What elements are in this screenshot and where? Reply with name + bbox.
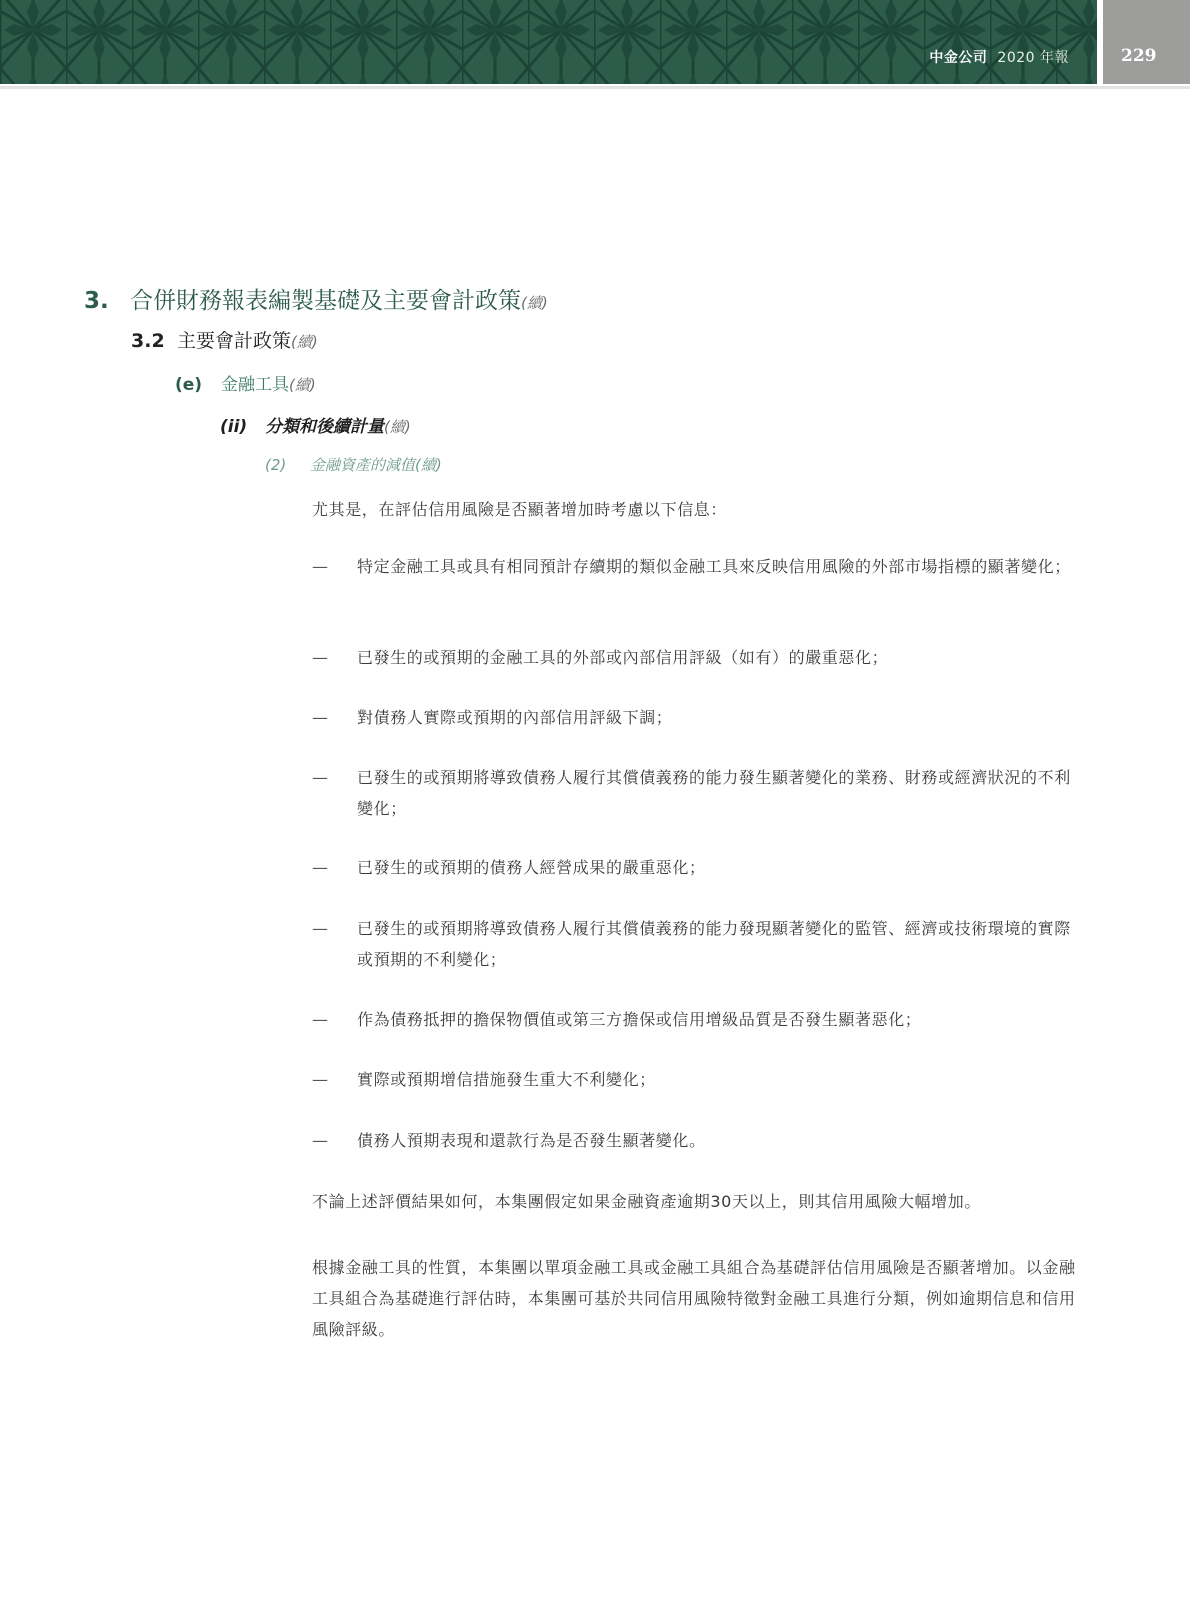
dash-bullet-icon: — [312, 913, 342, 944]
paragraph-assessment-basis: 根據金融工具的性質，本集團以單項金融工具或金融工具組合為基礎評估信用風險是否顯著… [312, 1252, 1082, 1345]
hemp-leaf-pattern-icon [0, 0, 1097, 84]
list-item-text: 實際或預期增信措施發生重大不利變化； [357, 1064, 1082, 1095]
list-item: — 對債務人實際或預期的內部信用評級下調； [312, 702, 1082, 733]
list-item-text: 特定金融工具或具有相同預計存續期的類似金融工具來反映信用風險的外部市場指標的顯著… [357, 551, 1082, 582]
list-item: — 作為債務抵押的擔保物價值或第三方擔保或信用增級品質是否發生顯著惡化； [312, 1004, 1082, 1035]
paragraph-overdue-assumption: 不論上述評價結果如何，本集團假定如果金融資產逾期30天以上，則其信用風險大幅增加… [312, 1186, 1082, 1217]
list-item: — 實際或預期增信措施發生重大不利變化； [312, 1064, 1082, 1095]
header-divider [0, 86, 1190, 89]
subitem-number: (ii) [220, 417, 265, 437]
list-item: — 特定金融工具或具有相同預計存續期的類似金融工具來反映信用風險的外部市場指標的… [312, 551, 1082, 582]
dash-bullet-icon: — [312, 852, 342, 883]
point-number: (2) [265, 456, 310, 474]
list-item-text: 已發生的或預期的債務人經營成果的嚴重惡化； [357, 852, 1082, 883]
dash-bullet-icon: — [312, 1064, 342, 1095]
dash-bullet-icon: — [312, 1004, 342, 1035]
section-number: 3. [84, 288, 130, 314]
dash-bullet-icon: — [312, 551, 342, 582]
section-title: 合併財務報表編製基礎及主要會計政策 [130, 288, 521, 314]
continued-label: (續) [289, 376, 316, 394]
list-item: — 已發生的或預期將導致債務人履行其償債義務的能力發現顯著變化的監管、經濟或技術… [312, 913, 1082, 975]
item-heading: (e)金融工具(續) [175, 370, 316, 395]
page-number: 229 [1121, 46, 1157, 66]
page-number-box: 229 [1103, 0, 1190, 84]
list-item-text: 債務人預期表現和還款行為是否發生顯著變化。 [357, 1125, 1082, 1156]
dash-bullet-icon: — [312, 642, 342, 673]
report-title: 中金公司2020 年報 [929, 47, 1069, 67]
list-item: — 債務人預期表現和還款行為是否發生顯著變化。 [312, 1125, 1082, 1156]
list-item: — 已發生的或預期的債務人經營成果的嚴重惡化； [312, 852, 1082, 883]
list-item-text: 對債務人實際或預期的內部信用評級下調； [357, 702, 1082, 733]
subitem-heading: (ii)分類和後續計量(續) [220, 412, 411, 437]
dash-bullet-icon: — [312, 762, 342, 793]
dash-bullet-icon: — [312, 1125, 342, 1156]
subsection-title: 主要會計政策 [177, 330, 291, 352]
report-year-title: 2020 年報 [997, 50, 1069, 66]
point-title: 金融資產的減值 [310, 456, 415, 474]
list-item-text: 已發生的或預期的金融工具的外部或內部信用評級（如有）的嚴重惡化； [357, 642, 1082, 673]
continued-label: (續) [291, 333, 318, 351]
list-item-text: 已發生的或預期將導致債務人履行其償債義務的能力發生顯著變化的業務、財務或經濟狀況… [357, 762, 1082, 824]
list-item-text: 已發生的或預期將導致債務人履行其償債義務的能力發現顯著變化的監管、經濟或技術環境… [357, 913, 1082, 975]
section-heading: 3.合併財務報表編製基礎及主要會計政策(續) [84, 282, 548, 315]
subsection-number: 3.2 [131, 330, 177, 352]
dash-bullet-icon: — [312, 702, 342, 733]
company-name: 中金公司 [929, 50, 987, 66]
continued-label: (續) [384, 418, 411, 436]
point-heading: (2)金融資產的減值(續) [265, 454, 442, 475]
continued-label: (續) [415, 456, 442, 474]
item-number: (e) [175, 375, 221, 395]
subitem-title: 分類和後續計量 [265, 417, 384, 437]
list-item-text: 作為債務抵押的擔保物價值或第三方擔保或信用增級品質是否發生顯著惡化； [357, 1004, 1082, 1035]
continued-label: (續) [521, 294, 548, 312]
list-item: — 已發生的或預期的金融工具的外部或內部信用評級（如有）的嚴重惡化； [312, 642, 1082, 673]
intro-paragraph: 尤其是，在評估信用風險是否顯著增加時考慮以下信息： [312, 494, 1082, 525]
item-title: 金融工具 [221, 375, 289, 395]
header-band: 中金公司2020 年報 [0, 0, 1097, 84]
subsection-heading: 3.2主要會計政策(續) [131, 326, 318, 353]
list-item: — 已發生的或預期將導致債務人履行其償債義務的能力發生顯著變化的業務、財務或經濟… [312, 762, 1082, 824]
